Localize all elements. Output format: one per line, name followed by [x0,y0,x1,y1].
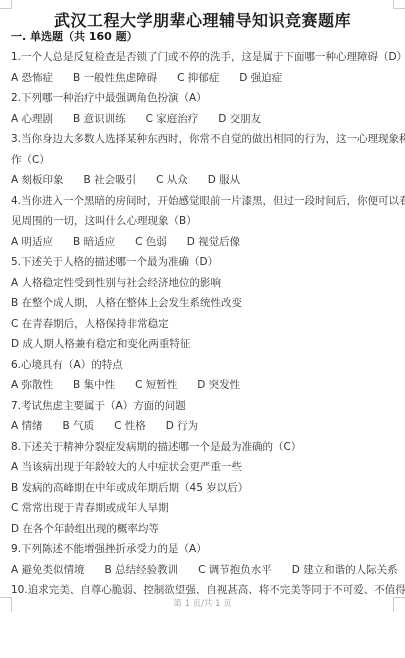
option-item: D 视觉后像 [187,232,240,253]
option-row: A 人格稳定性受到性别与社会经济地位的影响 [11,273,394,294]
option-item: A 恐怖症 [11,68,53,89]
option-item: A 弥散性 [11,375,53,396]
option-row: A 恐怖症B 一般性焦虑障碍C 抑郁症D 强迫症 [11,68,394,89]
option-row: A 当该病出现于年龄较大的人中症状会更严重一些 [11,457,394,478]
option-row: B 在整个成人期，人格在整体上会发生系统性改变 [11,293,394,314]
option-item: C 家庭治疗 [146,109,199,130]
question-stem-line: 1.一个人总是反复检查是否锁了门或不停的洗手，这是属于下面哪一种心理障碍（D） [11,47,394,68]
question-stem-line: 作（C） [11,150,394,171]
question-list: 1.一个人总是反复检查是否锁了门或不停的洗手，这是属于下面哪一种心理障碍（D）A… [11,47,394,601]
option-item: C 短暂性 [135,375,177,396]
option-item: C 在青春期后，人格保持非常稳定 [11,314,169,335]
option-item: C 色弱 [135,232,167,253]
option-row: C 在青春期后，人格保持非常稳定 [11,314,394,335]
option-item: A 避免类似情境 [11,560,85,581]
option-item: D 突发性 [197,375,240,396]
question-stem-line: 2.下列哪一种治疗中最强调角色扮演（A） [11,88,394,109]
question-stem-line: 9.下列陈述不能增强挫折承受力的是（A） [11,539,394,560]
option-item: B 意识训练 [73,109,126,130]
option-item: B 发病的高峰期在中年或成年期后期（45 岁以后） [11,478,248,499]
option-item: D 交朋友 [218,109,261,130]
option-item: C 从众 [156,170,188,191]
option-item: D 行为 [166,416,198,437]
question-stem-line: 4.当你进入一个黑暗的房间时，开始感觉眼前一片漆黑，但过一段时间后，你便可以看 [11,191,394,212]
option-row: D 成人期人格兼有稳定和变化两重特征 [11,334,394,355]
option-item: C 性格 [114,416,146,437]
option-item: A 当该病出现于年龄较大的人中症状会更严重一些 [11,457,242,478]
option-item: C 抑郁症 [177,68,219,89]
option-item: B 总结经验教训 [105,560,179,581]
page-corner-mark-top-left [0,0,12,9]
option-item: D 强迫症 [239,68,282,89]
option-item: C 常常出现于青春期或成年人早期 [11,498,169,519]
option-item: A 心理剧 [11,109,53,130]
question-stem-line: 6.心境具有（A）的特点 [11,355,394,376]
question-stem-line: 8.下述关于精神分裂症发病期的描述哪一个是最为准确的（C） [11,437,394,458]
document-page[interactable]: 武汉工程大学朋辈心理辅导知识竞赛题库 一. 单选题（共 160 题） 1.一个人… [0,0,405,658]
option-row: A 刻板印象B 社会吸引C 从众D 服从 [11,170,394,191]
question-stem-line: 5.下述关于人格的描述哪一个最为准确（D） [11,252,394,273]
option-row: B 发病的高峰期在中年或成年期后期（45 岁以后） [11,478,394,499]
option-row: C 常常出现于青春期或成年人早期 [11,498,394,519]
option-item: B 集中性 [73,375,115,396]
page-corner-mark-top-right [393,0,405,9]
option-row: A 弥散性B 集中性C 短暂性D 突发性 [11,375,394,396]
page-indicator: 第 1 页/共 1 页 [0,598,405,610]
option-item: B 气质 [63,416,95,437]
question-stem-line: 7.考试焦虑主要属于（A）方面的问题 [11,396,394,417]
option-item: C 调节抱负水平 [198,560,272,581]
section-heading: 一. 单选题（共 160 题） [11,27,394,48]
option-row: D 在各个年龄组出现的概率均等 [11,519,394,540]
document-body: 一. 单选题（共 160 题） 1.一个人总是反复检查是否锁了门或不停的洗手，这… [11,27,394,601]
option-item: B 暗适应 [73,232,115,253]
option-item: D 成人期人格兼有稳定和变化两重特征 [11,334,190,355]
option-row: A 心理剧B 意识训练C 家庭治疗D 交朋友 [11,109,394,130]
option-item: B 在整个成人期，人格在整体上会发生系统性改变 [11,293,242,314]
option-item: A 情绪 [11,416,43,437]
option-item: A 明适应 [11,232,53,253]
option-item: B 一般性焦虑障碍 [73,68,157,89]
option-item: D 在各个年龄组出现的概率均等 [11,519,159,540]
option-item: D 服从 [208,170,240,191]
option-item: D 建立和谐的人际关系 [292,560,398,581]
question-stem-line: 3.当你身边大多数人选择某种东西时，你常不自觉的做出相同的行为，这一心理现象称 [11,129,394,150]
option-item: A 刻板印象 [11,170,64,191]
question-stem-line: 见周围的一切，这叫什么心理现象（B） [11,211,394,232]
option-item: A 人格稳定性受到性别与社会经济地位的影响 [11,273,221,294]
option-row: A 避免类似情境B 总结经验教训C 调节抱负水平D 建立和谐的人际关系 [11,560,394,581]
option-row: A 情绪B 气质C 性格D 行为 [11,416,394,437]
option-item: B 社会吸引 [84,170,137,191]
option-row: A 明适应B 暗适应C 色弱D 视觉后像 [11,232,394,253]
